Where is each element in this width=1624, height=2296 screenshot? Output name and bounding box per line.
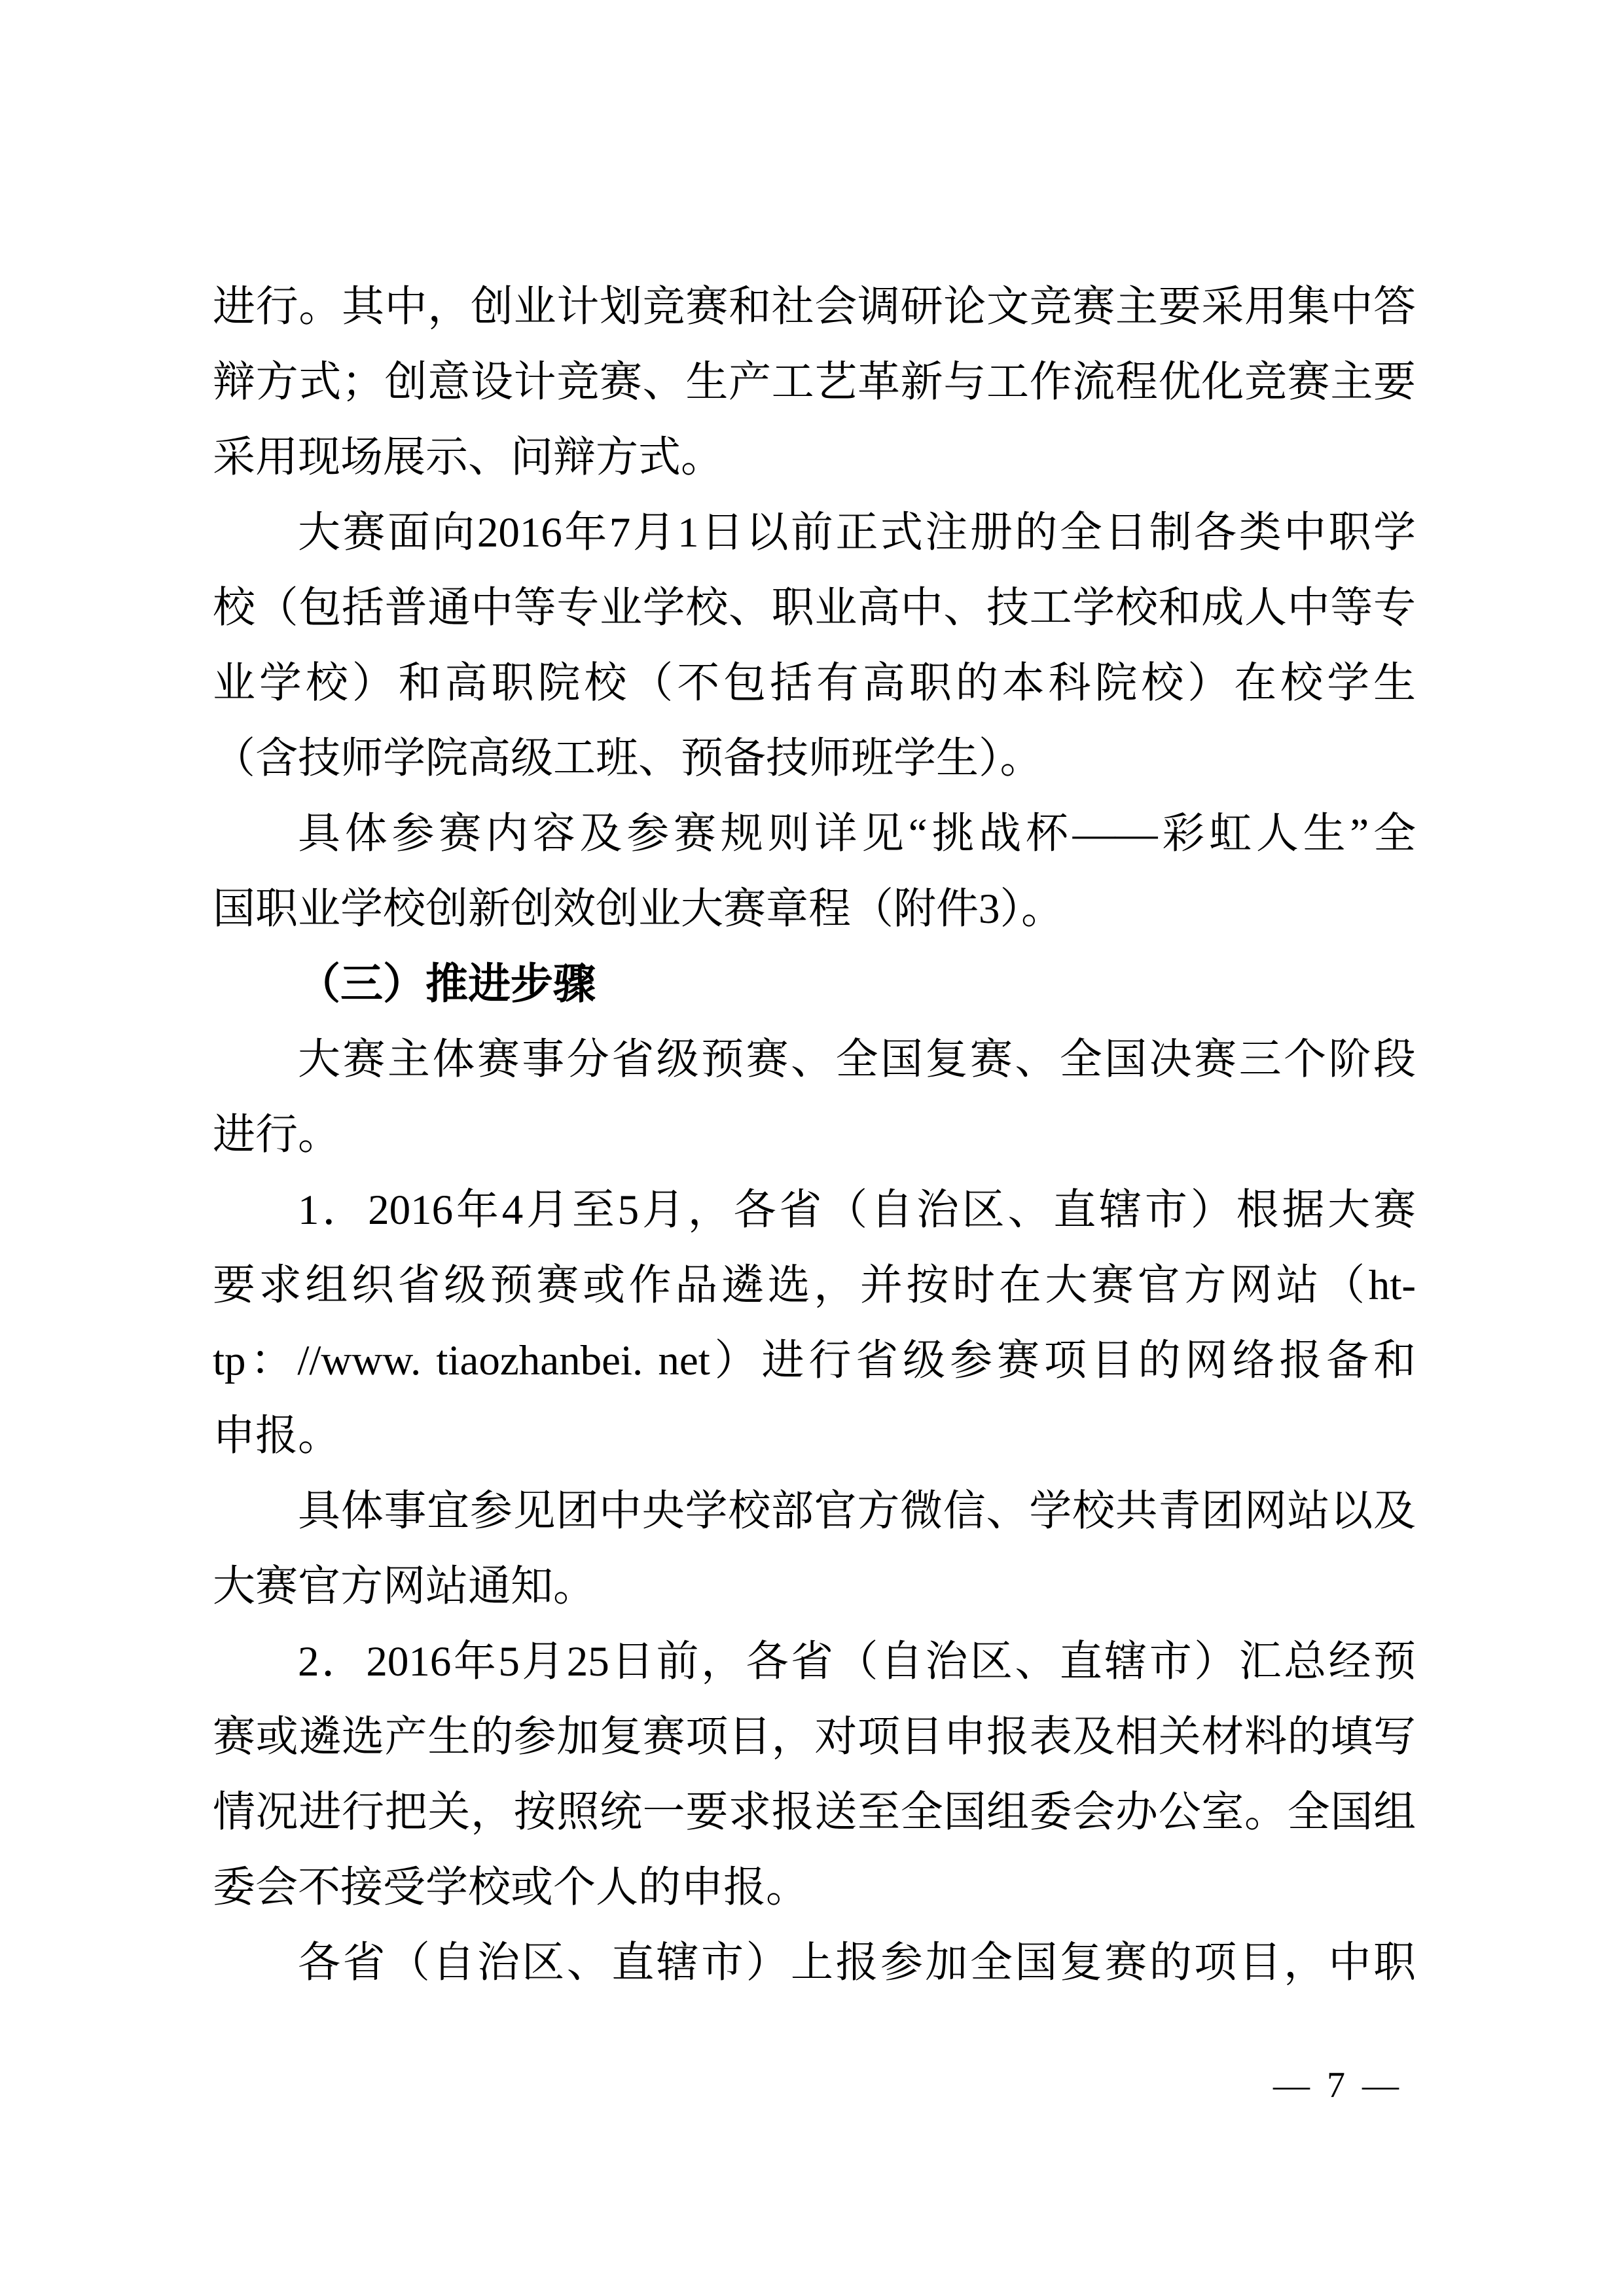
- text-line: 进行。其中，创业计划竞赛和社会调研论文竞赛主要采用集中答: [213, 270, 1416, 345]
- text-line: （含技师学院高级工班、预备技师班学生）。: [213, 721, 1416, 797]
- page-number: — 7 —: [1273, 2066, 1403, 2105]
- text-line: 赛或遴选产生的参加复赛项目，对项目申报表及相关材料的填写: [213, 1700, 1416, 1775]
- body-text: 进行。其中，创业计划竞赛和社会调研论文竞赛主要采用集中答辩方式；创意设计竞赛、生…: [213, 270, 1416, 2001]
- text-line: 采用现场展示、问辩方式。: [213, 420, 1416, 495]
- text-line: 1．2016年4月至5月，各省（自治区、直辖市）根据大赛: [213, 1173, 1416, 1248]
- text-line: 辩方式；创意设计竞赛、生产工艺革新与工作流程优化竞赛主要: [213, 345, 1416, 420]
- text-line: 具体事宜参见团中央学校部官方微信、学校共青团网站以及: [213, 1474, 1416, 1549]
- text-line: 校（包括普通中等专业学校、职业高中、技工学校和成人中等专: [213, 571, 1416, 646]
- text-line: 情况进行把关，按照统一要求报送至全国组委会办公室。全国组: [213, 1775, 1416, 1850]
- text-line: 进行。: [213, 1098, 1416, 1173]
- text-line: 具体参赛内容及参赛规则详见“挑战杯——彩虹人生”全: [213, 797, 1416, 872]
- text-line: 委会不接受学校或个人的申报。: [213, 1850, 1416, 1926]
- section-heading: （三）推进步骤: [213, 947, 1416, 1022]
- text-line: 各省（自治区、直辖市）上报参加全国复赛的项目，中职: [213, 1926, 1416, 2001]
- text-line: 大赛官方网站通知。: [213, 1549, 1416, 1624]
- text-line: 申报。: [213, 1399, 1416, 1474]
- text-line: 业学校）和高职院校（不包括有高职的本科院校）在校学生: [213, 646, 1416, 721]
- text-line: 要求组织省级预赛或作品遴选，并按时在大赛官方网站（ht-: [213, 1248, 1416, 1323]
- text-line: 国职业学校创新创效创业大赛章程（附件3）。: [213, 872, 1416, 947]
- text-line: 2．2016年5月25日前，各省（自治区、直辖市）汇总经预: [213, 1624, 1416, 1700]
- text-line: tp：//www. tiaozhanbei. net）进行省级参赛项目的网络报备…: [213, 1323, 1416, 1399]
- text-line: 大赛主体赛事分省级预赛、全国复赛、全国决赛三个阶段: [213, 1022, 1416, 1098]
- text-line: 大赛面向2016年7月1日以前正式注册的全日制各类中职学: [213, 495, 1416, 571]
- document-page: 进行。其中，创业计划竞赛和社会调研论文竞赛主要采用集中答辩方式；创意设计竞赛、生…: [0, 0, 1624, 2296]
